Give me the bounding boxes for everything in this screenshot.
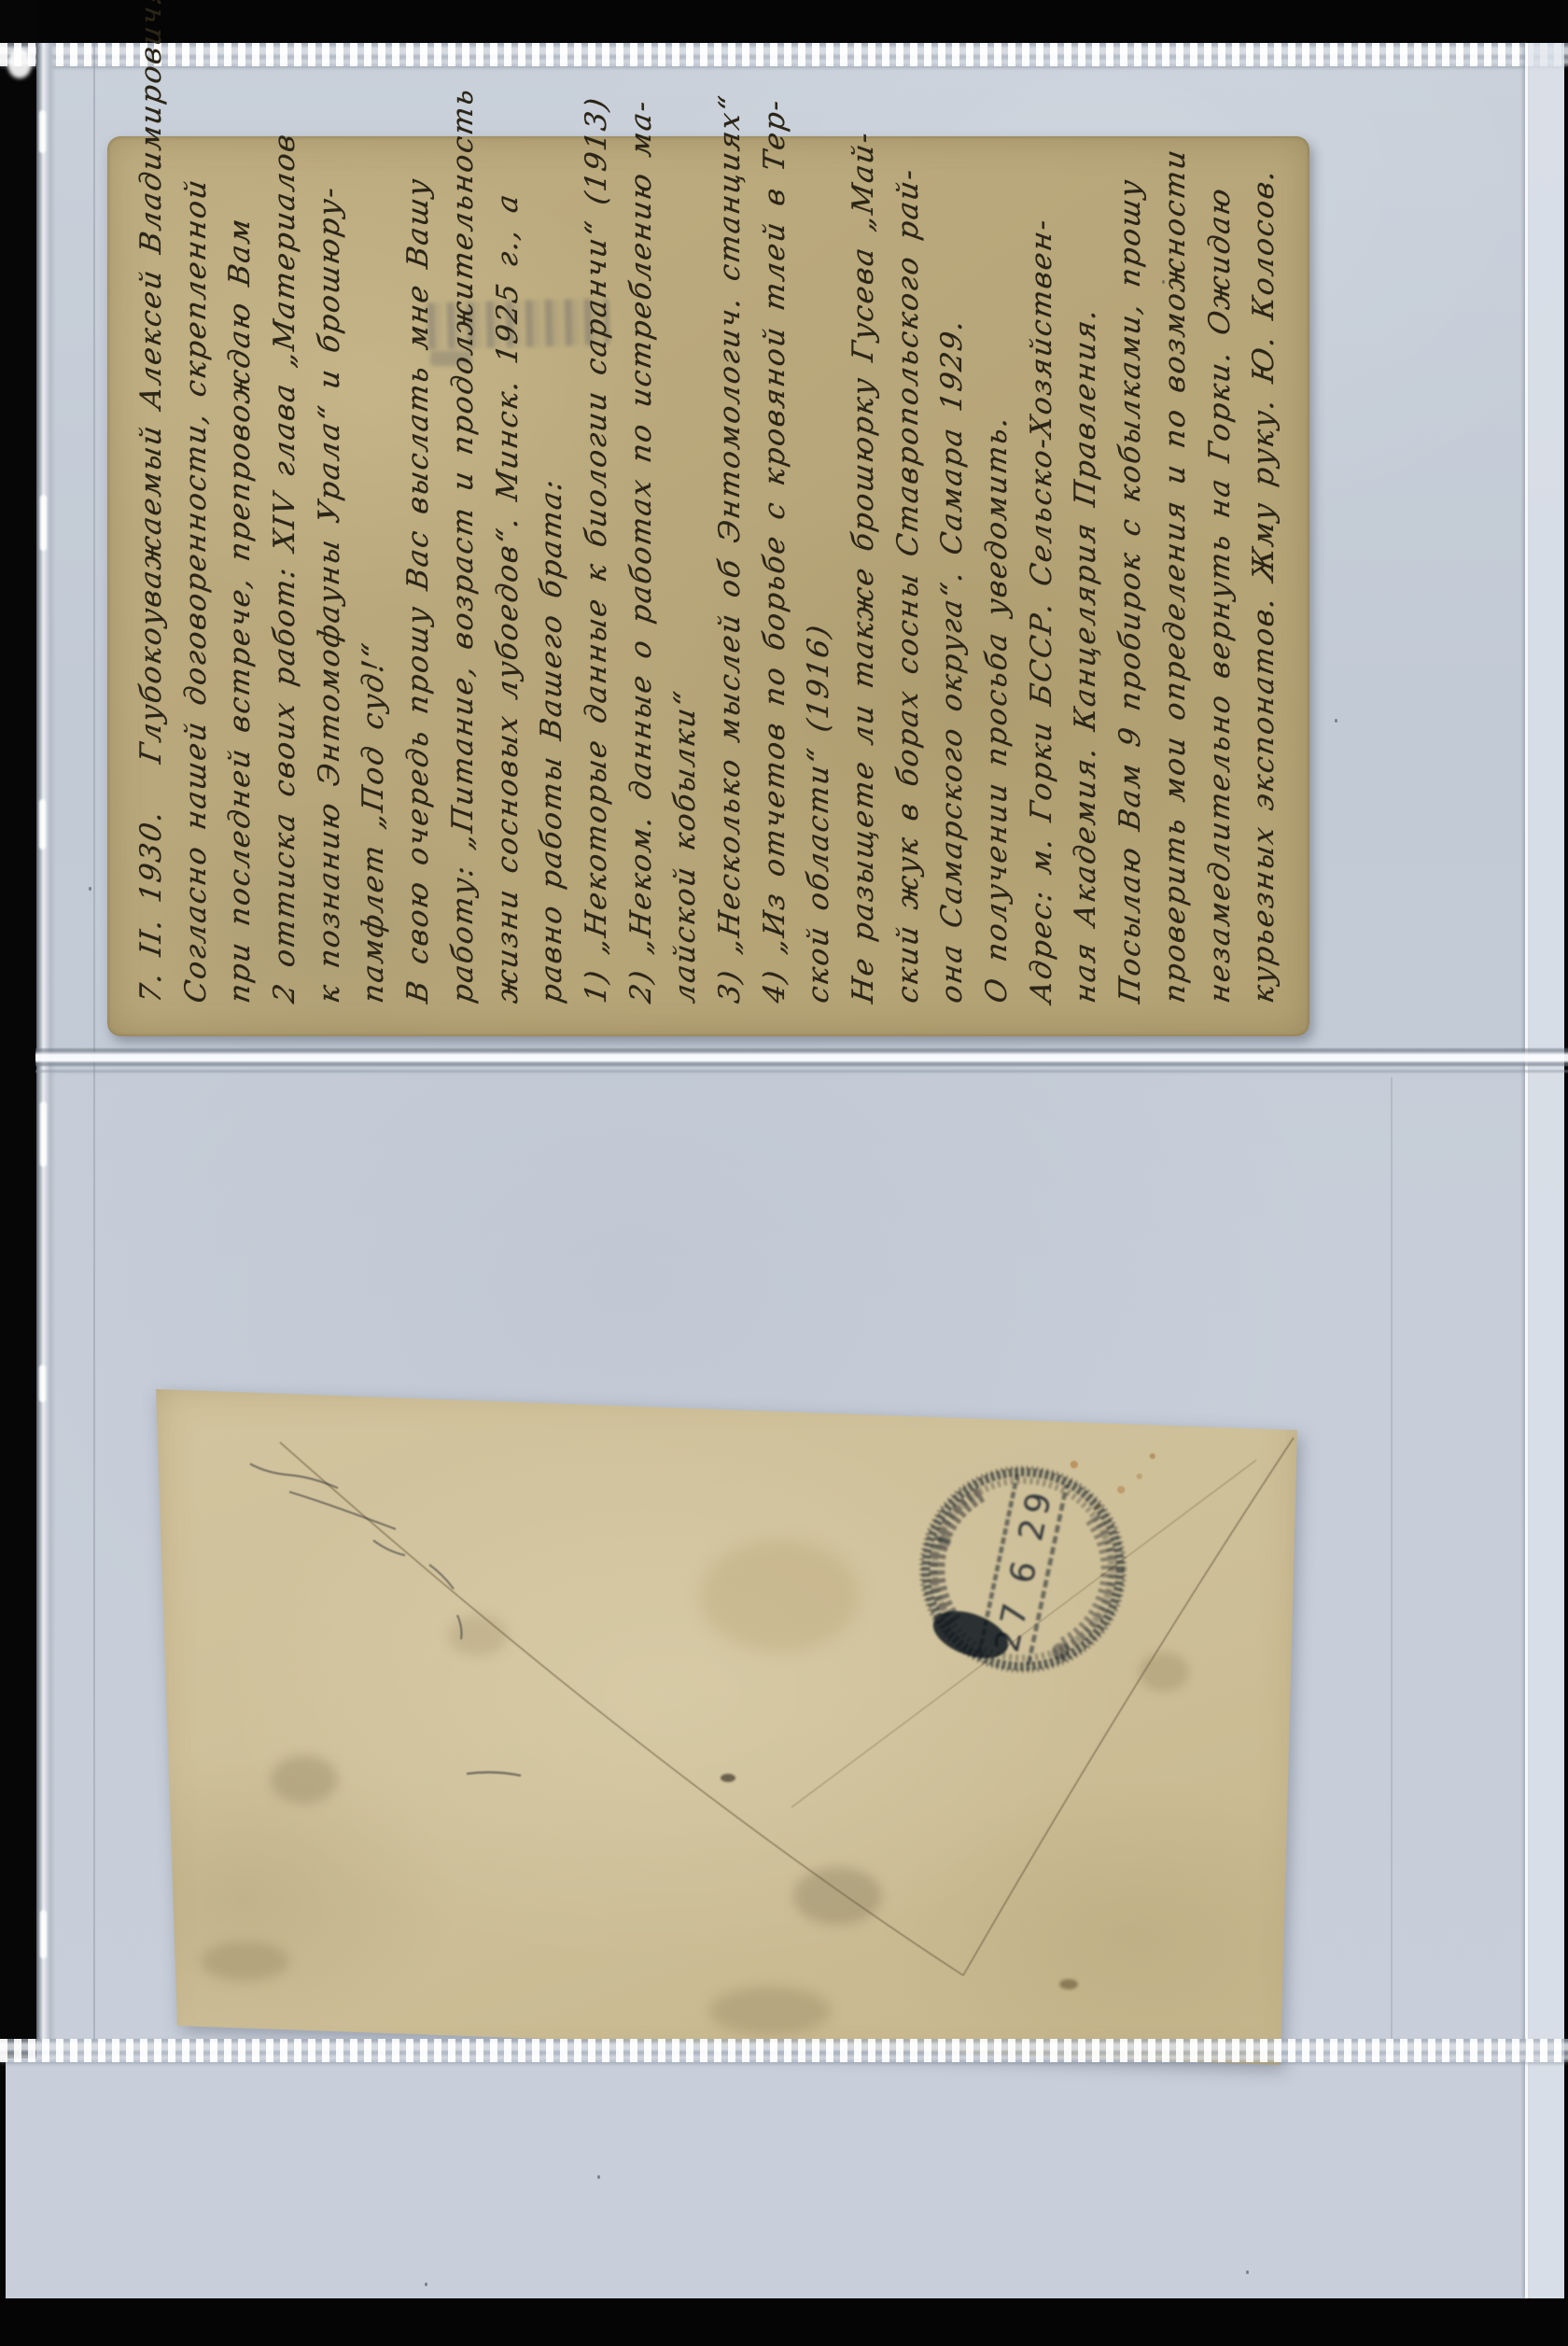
handwritten-line: жизни сосновых лубоедов“. Минск. 1925 г.… — [486, 159, 531, 1006]
handwritten-line: ский жук в борах сосны Ставропольского р… — [887, 159, 931, 1006]
glare-highlight — [40, 1910, 47, 1959]
glare-highlight — [40, 1102, 47, 1167]
dust-speck — [425, 2283, 427, 2286]
postmark: 27 6 29 — [919, 1462, 1126, 1677]
handwritten-line: 2) „Неком. данные о работах по истреблен… — [620, 159, 665, 1006]
handwritten-line: при последней встрече, препровождаю Вам — [218, 159, 263, 1006]
handwritten-line: лайской кобылки“ — [664, 159, 708, 1006]
glare-highlight — [7, 49, 32, 78]
scanner-background-right — [1564, 0, 1568, 2346]
handwritten-line: О получении просьба уведомить. — [975, 159, 1020, 1006]
envelope-back: 27 6 29 — [149, 1382, 1307, 2072]
dust-speck — [89, 887, 91, 891]
handwritten-line: памфлет „Под суд!“ — [352, 159, 397, 1006]
handwritten-text-block: 7. II. 1930. Глубокоуважаемый Алексей Вл… — [130, 166, 1287, 1006]
handwritten-line: Посылаю Вам 9 пробирок с кобылками, прош… — [1109, 159, 1154, 1006]
glare-highlight — [40, 495, 47, 551]
handwritten-line: ная Академия. Канцелярия Правления. — [1064, 159, 1109, 1006]
handwritten-line: Не разыщете ли также брошюрку Гусева „Ма… — [842, 159, 887, 1006]
handwritten-line: она Самарского округа“. Самара 1929. — [931, 159, 975, 1006]
handwritten-line: ской области“ (1916) — [797, 159, 842, 1006]
sleeve-right-edge — [1525, 43, 1528, 2298]
handwritten-line: Адрес: м. Горки БССР. Сельско-Хозяйствен… — [1020, 159, 1065, 1006]
glare-highlight — [39, 1365, 46, 1402]
glare-highlight — [39, 110, 46, 153]
page-right-margin — [1528, 43, 1564, 2298]
handwritten-line: 7. II. 1930. Глубокоуважаемый Алексей Вл… — [130, 159, 175, 1006]
handwritten-line: незамедлительно вернуть на Горки. Ожидаю — [1198, 159, 1243, 1006]
handwritten-line: к познанию Энтомофауны Урала“ и брошюру- — [308, 159, 353, 1006]
handwritten-line: Согласно нашей договоренности, скрепленн… — [175, 159, 219, 1006]
dust-speck — [1162, 280, 1165, 284]
dust-speck — [1335, 719, 1337, 723]
envelope-flap-crease — [280, 1438, 1294, 1975]
sleeve-opening-line — [93, 43, 95, 2041]
pencil-marks — [250, 1464, 521, 1776]
dust-speck — [1246, 2270, 1249, 2274]
sleeve-fold-line — [1391, 1077, 1393, 2039]
handwritten-line: работу: „Питание, возраст и продолжитель… — [441, 159, 486, 1006]
handwritten-line: 3) „Несколько мыслей об Энтомологич. ста… — [708, 159, 753, 1006]
handwritten-line: проверить мои определения и по возможнос… — [1154, 159, 1198, 1006]
handwritten-line: 4) „Из отчетов по борьбе с кровяной тлей… — [753, 159, 798, 1006]
handwritten-line: В свою очередь прошу Вас выслать мне Ваш… — [397, 159, 441, 1006]
sleeve-weld-seam-top — [0, 43, 1568, 66]
sleeve-weld-seam-bottom — [0, 2039, 1568, 2062]
handwritten-line: 1) „Некоторые данные к биологии саранчи“… — [575, 159, 620, 1006]
handwritten-line: равно работы Вашего брата: — [530, 159, 575, 1006]
glare-highlight — [39, 799, 46, 850]
handwritten-line: курьезных экспонатов. Жму руку. Ю. Колос… — [1242, 159, 1287, 1006]
album-page-scan: 7. II. 1930. Глубокоуважаемый Алексей Вл… — [0, 0, 1568, 2346]
scanner-background-left — [0, 0, 36, 2058]
handwritten-line: 2 оттиска своих работ: XIV глава „Матери… — [263, 159, 308, 1006]
envelope-wrapper: 27 6 29 — [149, 1382, 1307, 2072]
envelope-markings: 27 6 29 — [149, 1382, 1307, 2072]
sleeve-left-edge — [36, 43, 56, 2041]
postcard-handwritten-letter: 7. II. 1930. Глубокоуважаемый Алексей Вл… — [107, 136, 1309, 1036]
dust-speck — [597, 2175, 600, 2179]
sleeve-pocket-seam — [35, 1046, 1568, 1077]
